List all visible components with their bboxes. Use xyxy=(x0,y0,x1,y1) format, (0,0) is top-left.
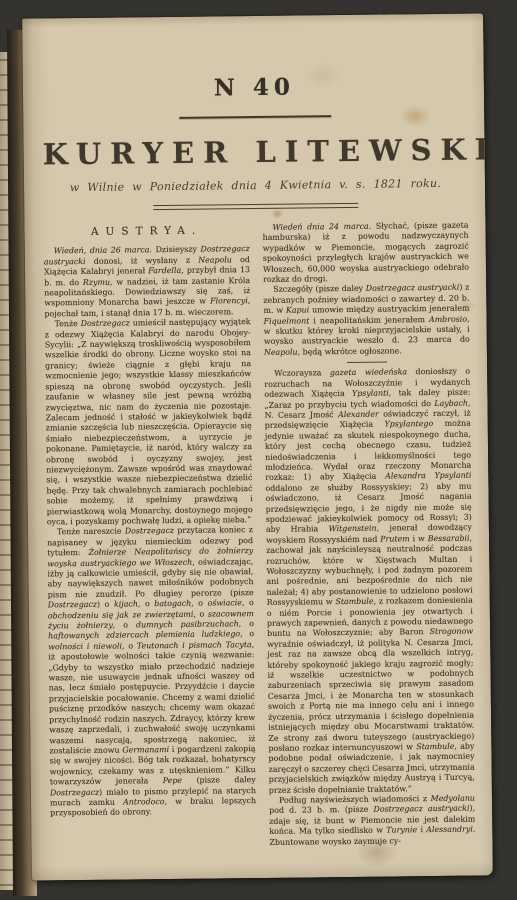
column-right: Wiedeń dnia 24 marca. Słychać, (pisze ga… xyxy=(262,221,475,868)
dateline: w Wilnie w Poniedziałek dnia 4 Kwietnia … xyxy=(43,177,468,195)
newspaper-title: KURYER LITEWSKI xyxy=(42,133,467,172)
paragraph: Tenże nareszcie Dostrzegacz przytacza ko… xyxy=(47,525,256,819)
paragraph: Wiedeń dnia 24 marca. Słychać, (pisze ga… xyxy=(262,221,469,286)
scan-background: N 40 KURYER LITEWSKI w Wilnie w Poniedzi… xyxy=(0,0,517,900)
page-content: N 40 KURYER LITEWSKI w Wilnie w Poniedzi… xyxy=(22,13,493,870)
article-columns: AUSTRYA. Wiedeń, dnia 26 marca. Dzisieys… xyxy=(43,221,475,871)
masthead: N 40 KURYER LITEWSKI w Wilnie w Poniedzi… xyxy=(42,72,469,212)
newspaper-page: N 40 KURYER LITEWSKI w Wilnie w Poniedzi… xyxy=(22,13,493,880)
paragraph: Podług nayświeższych wiadomości z Medyol… xyxy=(269,793,476,847)
paragraph: Szczegóły (pisze daley Dostrzegacz austr… xyxy=(263,283,470,358)
column-left: AUSTRYA. Wiedeń, dnia 26 marca. Dzisieys… xyxy=(43,223,256,870)
masthead-rule xyxy=(179,115,331,119)
masthead-double-rule xyxy=(153,203,358,210)
paragraph: Wczoraysza gazeta wiedeńska doniosłszy o… xyxy=(264,367,475,796)
issue-number: N 40 xyxy=(42,72,467,104)
article-divider-rule xyxy=(347,362,387,363)
paragraph: Tenże Dostrzegacz umieścił następujący w… xyxy=(45,317,253,527)
paragraph: Wiedeń, dnia 26 marca. Dzisieyszy Dostrz… xyxy=(44,244,251,319)
section-heading-austrya: AUSTRYA. xyxy=(43,225,249,238)
